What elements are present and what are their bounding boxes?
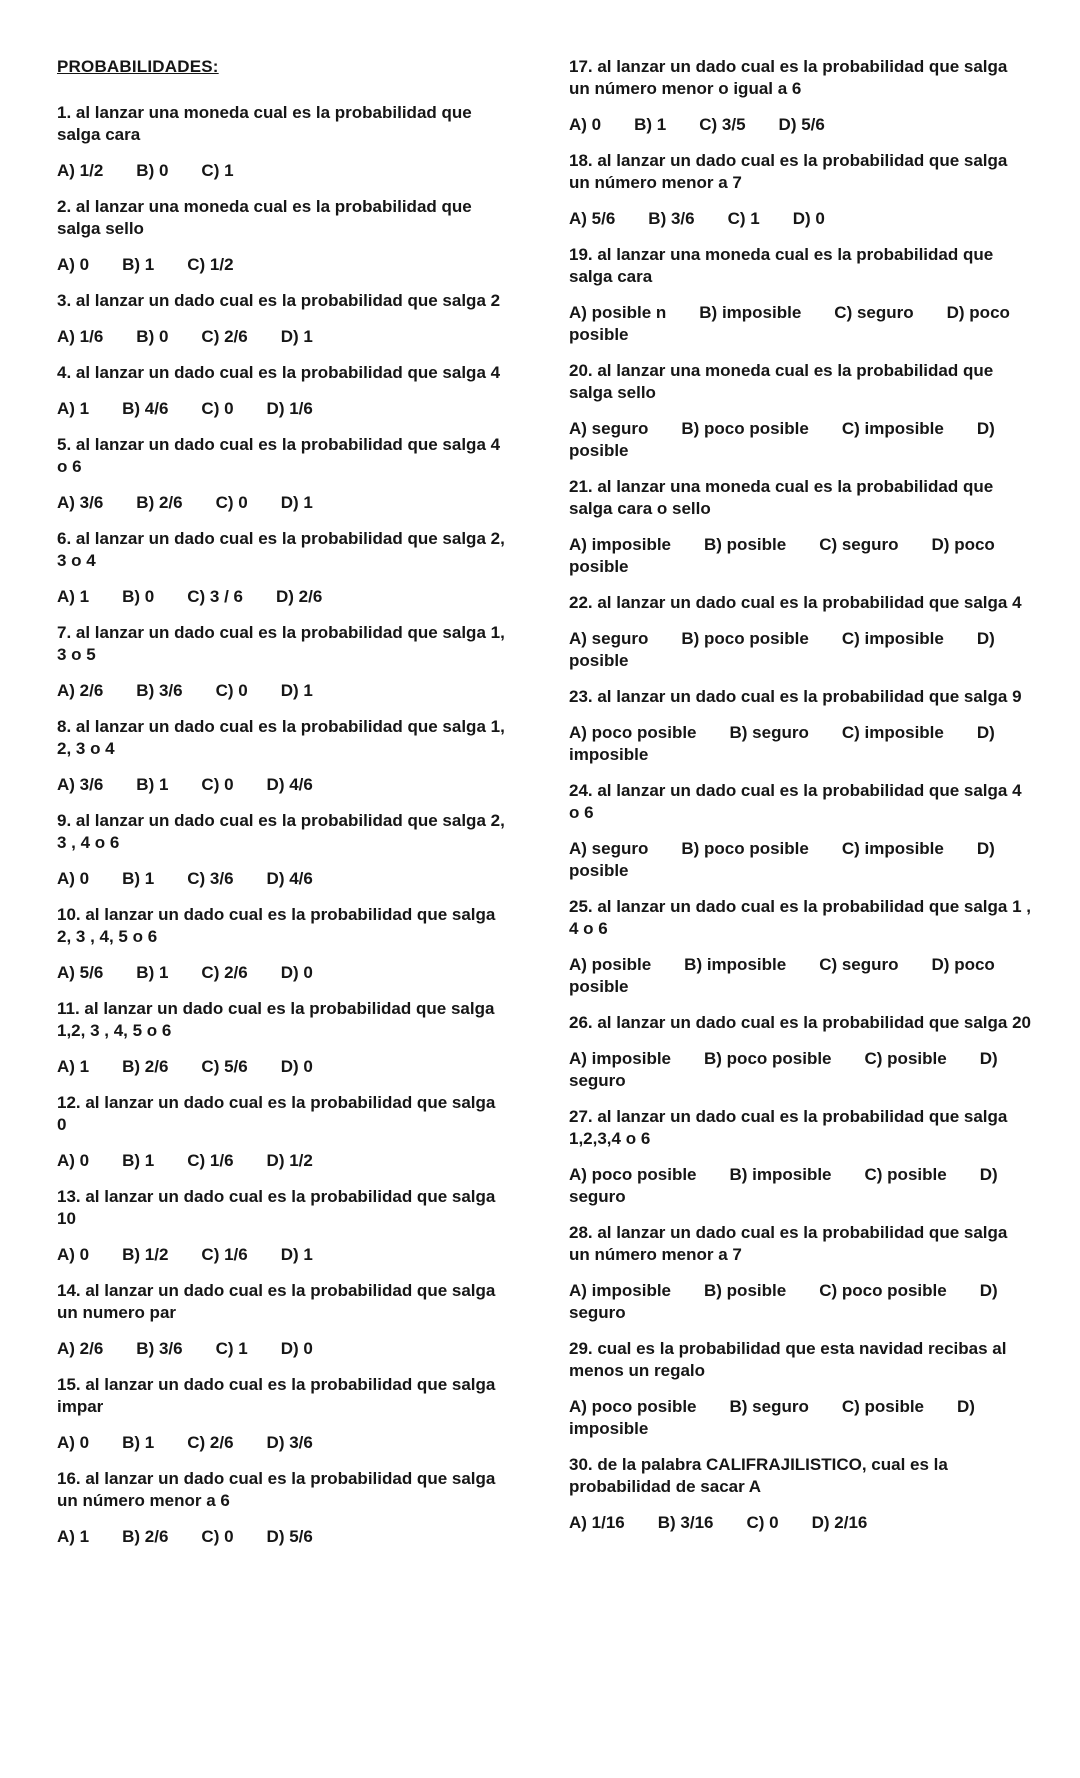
answer-option: A) poco posible — [569, 1397, 697, 1416]
question-options: A) 0B) 1/2C) 1/6D) 1 — [57, 1244, 509, 1266]
question-text: 23. al lanzar un dado cual es la probabi… — [569, 686, 1031, 708]
answer-option: C) posible — [865, 1165, 947, 1184]
answer-option: D) 5/6 — [779, 115, 825, 134]
question-options: A) imposibleB) posibleC) poco posibleD) … — [569, 1280, 1031, 1324]
question-options: A) 0B) 1C) 1/2 — [57, 254, 509, 276]
answer-option: C) 0 — [747, 1513, 779, 1532]
answer-option: B) 0 — [136, 327, 168, 346]
question-item: 28. al lanzar un dado cual es la probabi… — [569, 1222, 1031, 1324]
question-text: 13. al lanzar un dado cual es la probabi… — [57, 1186, 509, 1230]
answer-option: B) 0 — [136, 161, 168, 180]
answer-option: A) 0 — [57, 869, 89, 888]
answer-option: C) 5/6 — [201, 1057, 247, 1076]
question-item: 4. al lanzar un dado cual es la probabil… — [57, 362, 509, 420]
answer-option: B) 1/2 — [122, 1245, 168, 1264]
question-item: 18. al lanzar un dado cual es la probabi… — [569, 150, 1031, 230]
question-text: 29. cual es la probabilidad que esta nav… — [569, 1338, 1031, 1382]
question-text: 15. al lanzar un dado cual es la probabi… — [57, 1374, 509, 1418]
answer-option: C) 1 — [201, 161, 233, 180]
question-text: 10. al lanzar un dado cual es la probabi… — [57, 904, 509, 948]
answer-option: A) imposible — [569, 1049, 671, 1068]
question-options: A) posibleB) imposibleC) seguroD) poco p… — [569, 954, 1031, 998]
answer-option: D) 3/6 — [267, 1433, 313, 1452]
question-text: 19. al lanzar una moneda cual es la prob… — [569, 244, 1031, 288]
answer-option: A) imposible — [569, 535, 671, 554]
answer-option: D) 4/6 — [267, 775, 313, 794]
question-text: 1. al lanzar una moneda cual es la proba… — [57, 102, 509, 146]
question-options: A) 1B) 0C) 3 / 6D) 2/6 — [57, 586, 509, 608]
document-page: PROBABILIDADES: 1. al lanzar una moneda … — [0, 0, 1080, 1778]
question-text: 9. al lanzar un dado cual es la probabil… — [57, 810, 509, 854]
answer-option: B) imposible — [684, 955, 786, 974]
question-text: 24. al lanzar un dado cual es la probabi… — [569, 780, 1031, 824]
answer-option: B) 2/6 — [136, 493, 182, 512]
answer-option: A) 1 — [57, 399, 89, 418]
question-options: A) 5/6B) 3/6C) 1D) 0 — [569, 208, 1031, 230]
question-item: 20. al lanzar una moneda cual es la prob… — [569, 360, 1031, 462]
question-text: 17. al lanzar un dado cual es la probabi… — [569, 56, 1031, 100]
answer-option: B) posible — [704, 1281, 786, 1300]
question-text: 21. al lanzar una moneda cual es la prob… — [569, 476, 1031, 520]
answer-option: A) imposible — [569, 1281, 671, 1300]
question-item: 26. al lanzar un dado cual es la probabi… — [569, 1012, 1031, 1092]
answer-option: B) 3/16 — [658, 1513, 714, 1532]
two-column-layout: PROBABILIDADES: 1. al lanzar una moneda … — [0, 0, 1080, 1562]
question-options: A) poco posibleB) seguroC) imposibleD) i… — [569, 722, 1031, 766]
answer-option: D) 0 — [281, 1057, 313, 1076]
answer-option: C) 2/6 — [201, 327, 247, 346]
question-text: 4. al lanzar un dado cual es la probabil… — [57, 362, 509, 384]
question-item: 11. al lanzar un dado cual es la probabi… — [57, 998, 509, 1078]
question-item: 5. al lanzar un dado cual es la probabil… — [57, 434, 509, 514]
answer-option: A) 5/6 — [57, 963, 103, 982]
answer-option: B) 3/6 — [136, 1339, 182, 1358]
answer-option: A) posible — [569, 955, 651, 974]
question-item: 7. al lanzar un dado cual es la probabil… — [57, 622, 509, 702]
answer-option: D) 5/6 — [267, 1527, 313, 1546]
question-options: A) imposibleB) posibleC) seguroD) poco p… — [569, 534, 1031, 578]
answer-option: B) 3/6 — [136, 681, 182, 700]
answer-option: A) seguro — [569, 629, 648, 648]
answer-option: A) seguro — [569, 419, 648, 438]
question-item: 2. al lanzar una moneda cual es la proba… — [57, 196, 509, 276]
question-item: 19. al lanzar una moneda cual es la prob… — [569, 244, 1031, 346]
question-item: 9. al lanzar un dado cual es la probabil… — [57, 810, 509, 890]
answer-option: C) imposible — [842, 839, 944, 858]
answer-option: A) poco posible — [569, 723, 697, 742]
question-item: 24. al lanzar un dado cual es la probabi… — [569, 780, 1031, 882]
answer-option: C) 3 / 6 — [187, 587, 243, 606]
right-column: 17. al lanzar un dado cual es la probabi… — [569, 56, 1031, 1562]
answer-option: B) seguro — [730, 1397, 809, 1416]
answer-option: B) posible — [704, 535, 786, 554]
answer-option: D) 0 — [793, 209, 825, 228]
answer-option: D) 0 — [281, 963, 313, 982]
question-text: 22. al lanzar un dado cual es la probabi… — [569, 592, 1031, 614]
answer-option: A) 0 — [57, 1433, 89, 1452]
answer-option: B) 3/6 — [648, 209, 694, 228]
answer-option: A) posible n — [569, 303, 666, 322]
question-options: A) 3/6B) 1C) 0D) 4/6 — [57, 774, 509, 796]
question-item: 14. al lanzar un dado cual es la probabi… — [57, 1280, 509, 1360]
answer-option: C) 2/6 — [201, 963, 247, 982]
question-text: 3. al lanzar un dado cual es la probabil… — [57, 290, 509, 312]
answer-option: C) 2/6 — [187, 1433, 233, 1452]
answer-option: B) poco posible — [681, 839, 809, 858]
question-text: 14. al lanzar un dado cual es la probabi… — [57, 1280, 509, 1324]
question-item: 3. al lanzar un dado cual es la probabil… — [57, 290, 509, 348]
answer-option: A) 5/6 — [569, 209, 615, 228]
answer-option: B) 1 — [136, 963, 168, 982]
answer-option: A) 0 — [57, 255, 89, 274]
answer-option: A) seguro — [569, 839, 648, 858]
answer-option: A) 1 — [57, 1057, 89, 1076]
answer-option: A) 3/6 — [57, 493, 103, 512]
question-item: 27. al lanzar un dado cual es la probabi… — [569, 1106, 1031, 1208]
answer-option: C) 0 — [201, 399, 233, 418]
answer-option: A) 2/6 — [57, 1339, 103, 1358]
answer-option: C) seguro — [834, 303, 913, 322]
answer-option: A) 1/2 — [57, 161, 103, 180]
left-column: PROBABILIDADES: 1. al lanzar una moneda … — [57, 56, 509, 1562]
answer-option: B) 4/6 — [122, 399, 168, 418]
question-options: A) seguroB) poco posibleC) imposibleD) p… — [569, 628, 1031, 672]
answer-option: C) 1 — [728, 209, 760, 228]
page-title: PROBABILIDADES: — [57, 56, 509, 78]
answer-option: B) poco posible — [681, 419, 809, 438]
question-options: A) 0B) 1C) 3/6D) 4/6 — [57, 868, 509, 890]
answer-option: C) 0 — [201, 775, 233, 794]
question-options: A) 3/6B) 2/6C) 0D) 1 — [57, 492, 509, 514]
answer-option: C) 1/6 — [201, 1245, 247, 1264]
question-options: A) 1B) 2/6C) 5/6D) 0 — [57, 1056, 509, 1078]
question-options: A) 1/6B) 0C) 2/6D) 1 — [57, 326, 509, 348]
answer-option: A) 0 — [57, 1151, 89, 1170]
answer-option: C) seguro — [819, 535, 898, 554]
answer-option: D) 4/6 — [267, 869, 313, 888]
answer-option: A) 1/6 — [57, 327, 103, 346]
question-item: 17. al lanzar un dado cual es la probabi… — [569, 56, 1031, 136]
question-options: A) 0B) 1C) 2/6D) 3/6 — [57, 1432, 509, 1454]
question-options: A) 1/16B) 3/16C) 0D) 2/16 — [569, 1512, 1031, 1534]
question-text: 26. al lanzar un dado cual es la probabi… — [569, 1012, 1031, 1034]
answer-option: C) posible — [865, 1049, 947, 1068]
answer-option: C) posible — [842, 1397, 924, 1416]
question-text: 18. al lanzar un dado cual es la probabi… — [569, 150, 1031, 194]
question-item: 8. al lanzar un dado cual es la probabil… — [57, 716, 509, 796]
answer-option: B) 1 — [122, 869, 154, 888]
answer-option: C) imposible — [842, 629, 944, 648]
question-text: 8. al lanzar un dado cual es la probabil… — [57, 716, 509, 760]
answer-option: B) imposible — [699, 303, 801, 322]
question-text: 2. al lanzar una moneda cual es la proba… — [57, 196, 509, 240]
question-item: 1. al lanzar una moneda cual es la proba… — [57, 102, 509, 182]
answer-option: B) 1 — [122, 1151, 154, 1170]
question-text: 12. al lanzar un dado cual es la probabi… — [57, 1092, 509, 1136]
question-item: 15. al lanzar un dado cual es la probabi… — [57, 1374, 509, 1454]
answer-option: B) 1 — [122, 1433, 154, 1452]
answer-option: A) 1 — [57, 587, 89, 606]
question-item: 23. al lanzar un dado cual es la probabi… — [569, 686, 1031, 766]
question-options: A) seguroB) poco posibleC) imposibleD) p… — [569, 838, 1031, 882]
question-item: 30. de la palabra CALIFRAJILISTICO, cual… — [569, 1454, 1031, 1534]
question-item: 29. cual es la probabilidad que esta nav… — [569, 1338, 1031, 1440]
answer-option: B) poco posible — [681, 629, 809, 648]
answer-option: B) 1 — [122, 255, 154, 274]
question-options: A) 1B) 2/6C) 0D) 5/6 — [57, 1526, 509, 1548]
question-options: A) 0B) 1C) 1/6D) 1/2 — [57, 1150, 509, 1172]
question-options: A) 2/6B) 3/6C) 0D) 1 — [57, 680, 509, 702]
answer-option: D) 1/6 — [267, 399, 313, 418]
question-item: 16. al lanzar un dado cual es la probabi… — [57, 1468, 509, 1548]
answer-option: B) poco posible — [704, 1049, 832, 1068]
question-text: 7. al lanzar un dado cual es la probabil… — [57, 622, 509, 666]
question-text: 5. al lanzar un dado cual es la probabil… — [57, 434, 509, 478]
answer-option: B) 1 — [136, 775, 168, 794]
question-options: A) 2/6B) 3/6C) 1D) 0 — [57, 1338, 509, 1360]
question-item: 21. al lanzar una moneda cual es la prob… — [569, 476, 1031, 578]
answer-option: C) 0 — [201, 1527, 233, 1546]
answer-option: D) 1/2 — [267, 1151, 313, 1170]
question-text: 25. al lanzar un dado cual es la probabi… — [569, 896, 1031, 940]
question-item: 25. al lanzar un dado cual es la probabi… — [569, 896, 1031, 998]
answer-option: A) 1 — [57, 1527, 89, 1546]
question-options: A) poco posibleB) imposibleC) posibleD) … — [569, 1164, 1031, 1208]
answer-option: B) imposible — [730, 1165, 832, 1184]
question-options: A) seguroB) poco posibleC) imposibleD) p… — [569, 418, 1031, 462]
question-item: 22. al lanzar un dado cual es la probabi… — [569, 592, 1031, 672]
question-item: 10. al lanzar un dado cual es la probabi… — [57, 904, 509, 984]
answer-option: D) 1 — [281, 681, 313, 700]
question-options: A) imposibleB) poco posibleC) posibleD) … — [569, 1048, 1031, 1092]
answer-option: A) 3/6 — [57, 775, 103, 794]
answer-option: D) 1 — [281, 493, 313, 512]
question-options: A) poco posibleB) seguroC) posibleD) imp… — [569, 1396, 1031, 1440]
answer-option: A) 1/16 — [569, 1513, 625, 1532]
answer-option: D) 0 — [281, 1339, 313, 1358]
question-text: 30. de la palabra CALIFRAJILISTICO, cual… — [569, 1454, 1031, 1498]
answer-option: C) imposible — [842, 723, 944, 742]
answer-option: B) 2/6 — [122, 1527, 168, 1546]
answer-option: D) 1 — [281, 327, 313, 346]
question-text: 27. al lanzar un dado cual es la probabi… — [569, 1106, 1031, 1150]
answer-option: A) 0 — [57, 1245, 89, 1264]
question-text: 6. al lanzar un dado cual es la probabil… — [57, 528, 509, 572]
answer-option: A) poco posible — [569, 1165, 697, 1184]
question-options: A) posible nB) imposibleC) seguroD) poco… — [569, 302, 1031, 346]
question-item: 6. al lanzar un dado cual es la probabil… — [57, 528, 509, 608]
answer-option: C) 0 — [216, 493, 248, 512]
question-text: 28. al lanzar un dado cual es la probabi… — [569, 1222, 1031, 1266]
answer-option: C) 1/6 — [187, 1151, 233, 1170]
question-item: 13. al lanzar un dado cual es la probabi… — [57, 1186, 509, 1266]
question-options: A) 1/2B) 0C) 1 — [57, 160, 509, 182]
answer-option: C) seguro — [819, 955, 898, 974]
answer-option: C) 3/5 — [699, 115, 745, 134]
answer-option: A) 2/6 — [57, 681, 103, 700]
question-options: A) 5/6B) 1C) 2/6D) 0 — [57, 962, 509, 984]
answer-option: B) 2/6 — [122, 1057, 168, 1076]
answer-option: C) 3/6 — [187, 869, 233, 888]
question-text: 16. al lanzar un dado cual es la probabi… — [57, 1468, 509, 1512]
question-item: 12. al lanzar un dado cual es la probabi… — [57, 1092, 509, 1172]
question-options: A) 1B) 4/6C) 0D) 1/6 — [57, 398, 509, 420]
answer-option: B) seguro — [730, 723, 809, 742]
question-text: 20. al lanzar una moneda cual es la prob… — [569, 360, 1031, 404]
answer-option: D) 1 — [281, 1245, 313, 1264]
answer-option: B) 1 — [634, 115, 666, 134]
answer-option: C) 1 — [216, 1339, 248, 1358]
answer-option: C) 0 — [216, 681, 248, 700]
answer-option: D) 2/16 — [812, 1513, 868, 1532]
answer-option: A) 0 — [569, 115, 601, 134]
question-options: A) 0B) 1C) 3/5D) 5/6 — [569, 114, 1031, 136]
question-text: 11. al lanzar un dado cual es la probabi… — [57, 998, 509, 1042]
answer-option: B) 0 — [122, 587, 154, 606]
answer-option: D) 2/6 — [276, 587, 322, 606]
answer-option: C) 1/2 — [187, 255, 233, 274]
answer-option: C) imposible — [842, 419, 944, 438]
answer-option: C) poco posible — [819, 1281, 947, 1300]
